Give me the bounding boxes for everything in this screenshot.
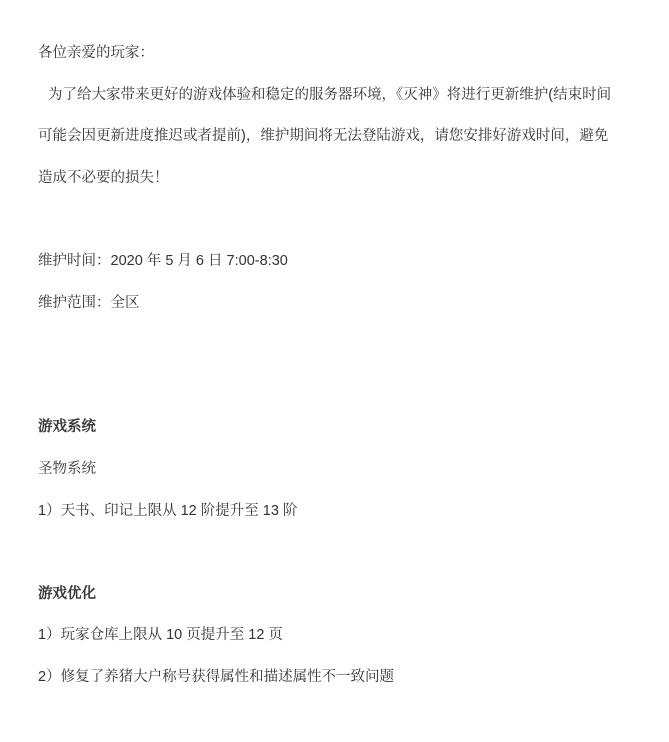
maintenance-time-line: 维护时间：2020 年 5 月 6 日 7:00-8:30 [38,241,641,283]
maintenance-scope-line: 维护范围：全区 [38,283,641,325]
section-title-game-optimization: 游戏优化 [38,574,641,616]
intro-line-1: 为了给大家带来更好的游戏体验和稳定的服务器环境，《灭神》将进行更新维护(结束时间 [38,75,641,117]
blank-line [38,366,641,408]
optimization-item-1: 1）玩家仓库上限从 10 页提升至 12 页 [38,615,641,657]
section-title-holy-relic: 圣物系统 [38,449,641,491]
blank-line [38,199,641,241]
section-title-game-system: 游戏系统 [38,407,641,449]
blank-line [38,532,641,574]
maintenance-announcement-document: 各位亲爱的玩家： 为了给大家带来更好的游戏体验和稳定的服务器环境，《灭神》将进行… [0,0,669,742]
intro-line-3: 造成不必要的损失！ [38,158,641,200]
holy-relic-item-1: 1）天书、印记上限从 12 阶提升至 13 阶 [38,491,641,533]
greeting-line: 各位亲爱的玩家： [38,33,641,75]
intro-line-2: 可能会因更新进度推迟或者提前)，维护期间将无法登陆游戏，请您安排好游戏时间，避免 [38,116,641,158]
optimization-item-2: 2）修复了养猪大户称号获得属性和描述属性不一致问题 [38,657,641,699]
blank-line [38,324,641,366]
